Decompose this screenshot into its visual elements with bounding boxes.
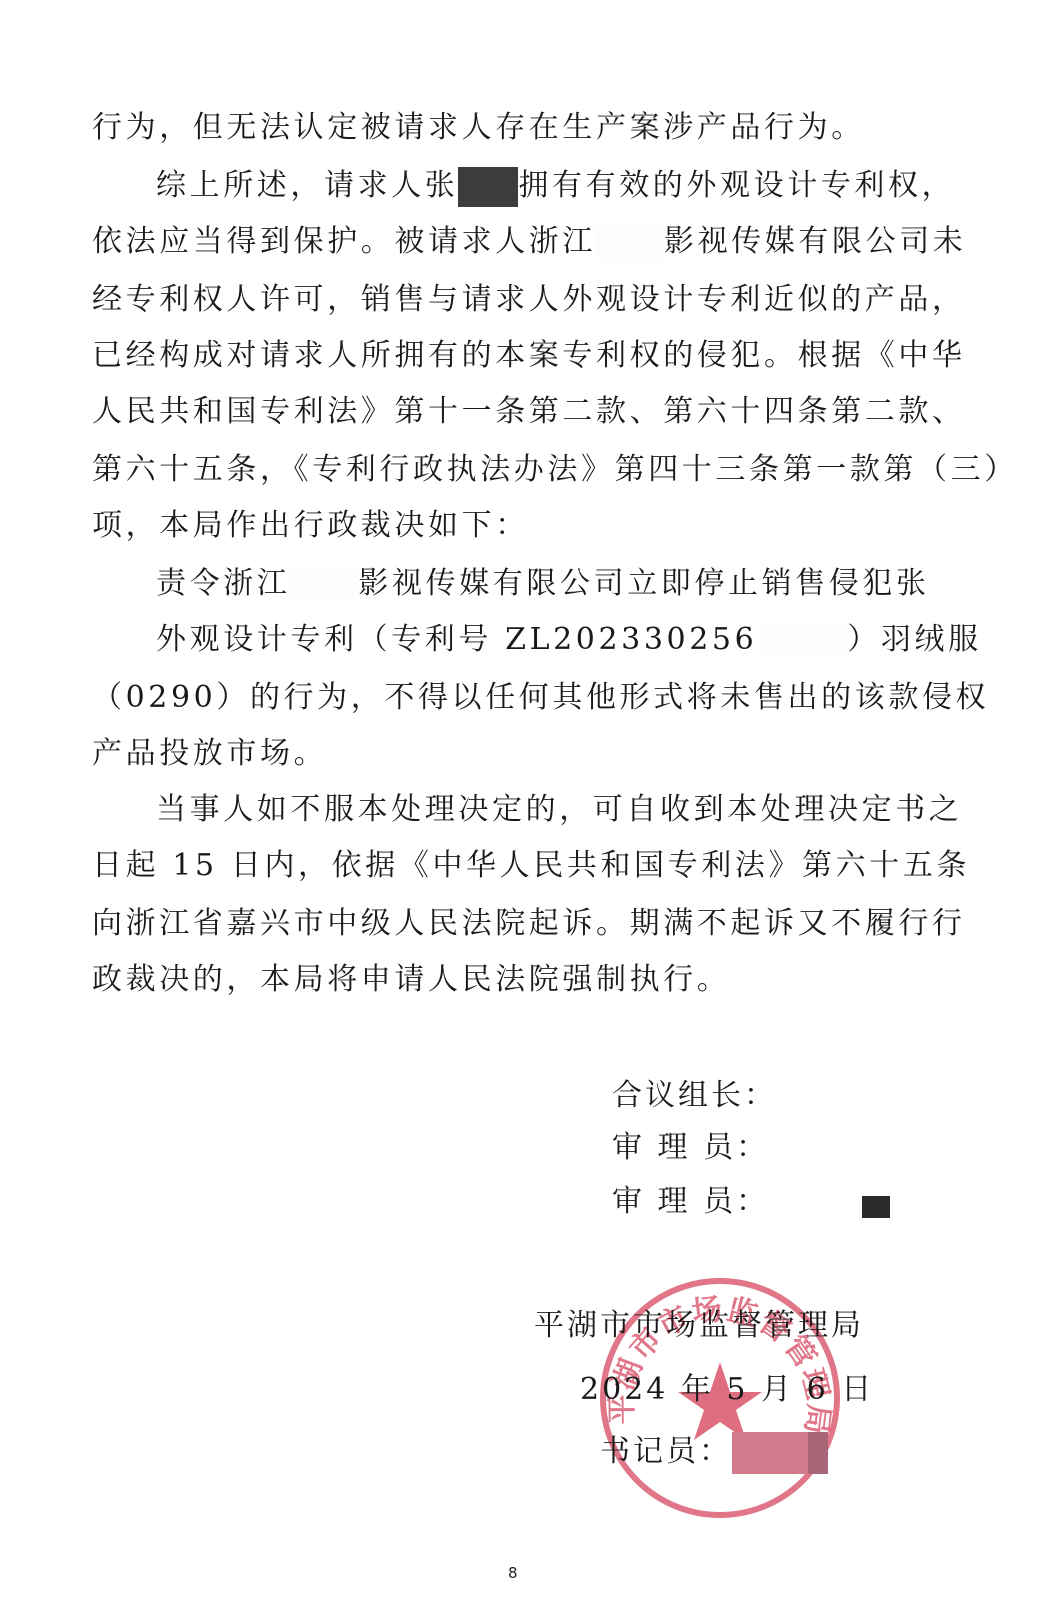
text-line: 行为，但无法认定被请求人存在生产案涉产品行为。 (92, 108, 932, 148)
redaction-box (458, 167, 518, 207)
text-line: 已经构成对请求人所拥有的本案专利权的侵犯。根据《中华 (92, 336, 932, 376)
redaction-box (862, 1196, 890, 1218)
text-line: 依法应当得到保护。被请求人浙江影视传媒有限公司未 (92, 222, 932, 262)
clerk-line: 书记员： (600, 1432, 828, 1474)
text-line: 项，本局作出行政裁决如下： (92, 506, 932, 546)
issue-date: 2024 年 5 月 6 日 (580, 1370, 874, 1410)
text-segment: 责令浙江 (156, 566, 290, 601)
text-segment: ）羽绒服 (847, 622, 981, 657)
text-line: 人民共和国专利法》第十一条第二款、第六十四条第二款、 (92, 392, 932, 432)
text-line: 日起 15 日内，依据《中华人民共和国专利法》第六十五条 (92, 846, 932, 886)
text-segment: 外观设计专利（专利号 ZL202330256 (156, 622, 757, 657)
text-line: 第六十五条，《专利行政执法办法》第四十三条第一款第（三） (92, 450, 932, 490)
text-line: 政裁决的，本局将申请人民法院强制执行。 (92, 960, 932, 1000)
redaction-box (757, 623, 847, 659)
text-line: 当事人如不服本处理决定的，可自收到本处理决定书之 (156, 790, 996, 830)
text-segment: 综上所述，请求人张 (156, 168, 458, 203)
examiner-label: 审 理 员： (612, 1182, 769, 1222)
text-line: 产品投放市场。 (92, 734, 932, 774)
panel-chief-label: 合议组长： (612, 1076, 777, 1116)
text-line: 综上所述，请求人张拥有有效的外观设计专利权， (156, 166, 996, 207)
text-line: 向浙江省嘉兴市中级人民法院起诉。期满不起诉又不履行行 (92, 904, 932, 944)
text-line: 责令浙江影视传媒有限公司立即停止销售侵犯张 (156, 564, 996, 604)
examiner-label: 审 理 员： (612, 1128, 769, 1168)
text-segment: 影视传媒有限公司立即停止销售侵犯张 (358, 566, 929, 601)
text-segment: 影视传媒有限公司未 (664, 224, 966, 259)
text-line: 经专利权人许可，销售与请求人外观设计专利近似的产品， (92, 280, 932, 320)
page-number: 8 (508, 1564, 518, 1582)
text-line: 外观设计专利（专利号 ZL202330256）羽绒服 (156, 620, 996, 660)
redaction-box (290, 567, 358, 603)
text-segment: 依法应当得到保护。被请求人浙江 (92, 224, 596, 259)
redaction-box (596, 225, 664, 261)
text-line: （0290）的行为，不得以任何其他形式将未售出的该款侵权 (92, 678, 932, 718)
redaction-box (732, 1432, 828, 1474)
text-segment: 拥有有效的外观设计专利权， (518, 168, 955, 203)
clerk-label: 书记员： (600, 1434, 732, 1469)
issuer-name: 平湖市市场监督管理局 (534, 1306, 864, 1346)
document-page: 行为，但无法认定被请求人存在生产案涉产品行为。 综上所述，请求人张拥有有效的外观… (0, 0, 1055, 1617)
